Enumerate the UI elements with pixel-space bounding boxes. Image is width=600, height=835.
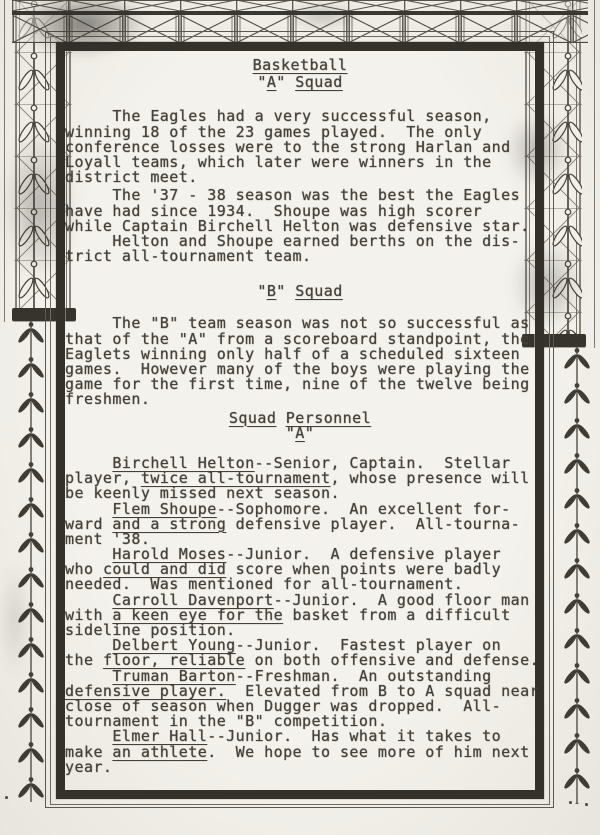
heading-line: "B" Squad <box>65 284 535 299</box>
ink-dot <box>569 801 572 804</box>
outer-edge-line-right <box>594 0 595 348</box>
heading-line: Basketball <box>65 58 535 73</box>
text-line: district meet. <box>65 170 535 185</box>
text-area: Basketball"A" Squad The Eagles had a ver… <box>65 51 535 799</box>
text-line: freshmen. <box>65 392 535 407</box>
heading-line: "A" Squad <box>65 75 535 90</box>
text-line: make an athlete. We hope to see more of … <box>65 745 535 760</box>
heading-line: "A" <box>65 426 535 441</box>
laurel-vine-right <box>560 346 594 804</box>
yearbook-page: Basketball"A" Squad The Eagles had a ver… <box>0 0 600 835</box>
outer-edge-line-left <box>4 0 5 322</box>
text-line: trict all-tournament team. <box>65 249 535 264</box>
laurel-vine-left <box>14 320 48 802</box>
ink-dot <box>5 796 8 799</box>
ink-dot <box>585 803 588 806</box>
text-line: year. <box>65 760 535 775</box>
